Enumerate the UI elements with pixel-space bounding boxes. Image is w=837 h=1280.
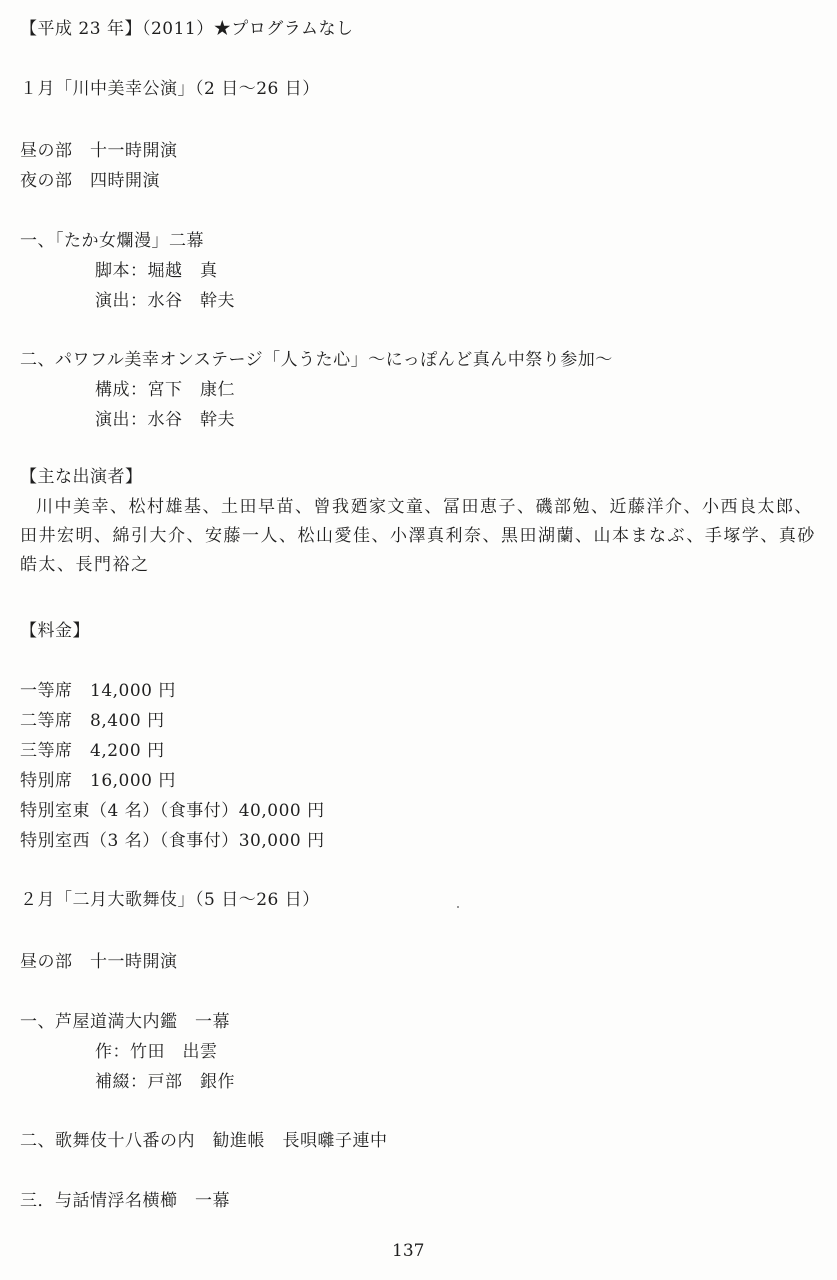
price-third-class: 三等席 4,200 円 xyxy=(20,740,165,762)
prices-heading: 【料金】 xyxy=(20,620,90,642)
january-heading: １月「川中美幸公演」（2 日～26 日） xyxy=(20,78,320,100)
january-schedule-night: 夜の部 四時開演 xyxy=(20,170,160,192)
february-program-3-title: 三．与話情浮名横櫛 一幕 xyxy=(20,1190,230,1212)
price-first-class: 一等席 14,000 円 xyxy=(20,680,176,702)
cast-list: 川中美幸、松村雄基、土田早苗、曾我廼家文童、冨田恵子、磯部勉、近藤洋介、小西良太… xyxy=(20,493,820,580)
february-program-1-adaptation: 補綴：戸部 銀作 xyxy=(95,1071,235,1093)
price-special-seat: 特別席 16,000 円 xyxy=(20,770,176,792)
january-program-1-script: 脚本：堀越 真 xyxy=(95,260,218,282)
price-second-class: 二等席 8,400 円 xyxy=(20,710,165,732)
price-special-room-west: 特別室西（3 名）（食事付）30,000 円 xyxy=(20,830,325,852)
february-program-1-title: 一、芦屋道満大内鑑 一幕 xyxy=(20,1011,230,1033)
february-heading: ２月「二月大歌舞伎」（5 日～26 日） xyxy=(20,889,320,911)
february-program-2-title: 二、歌舞伎十八番の内 勧進帳 長唄囃子連中 xyxy=(20,1130,388,1152)
january-schedule-day: 昼の部 十一時開演 xyxy=(20,140,178,162)
february-program-1-author: 作：竹田 出雲 xyxy=(95,1041,218,1063)
page-title: 【平成 23 年】（2011）★プログラムなし xyxy=(20,18,354,40)
price-special-room-east: 特別室東（4 名）（食事付）40,000 円 xyxy=(20,800,325,822)
january-program-2-composition: 構成：宮下 康仁 xyxy=(95,379,235,401)
page-number: 137 xyxy=(392,1240,424,1262)
cast-heading: 【主な出演者】 xyxy=(20,466,143,488)
february-schedule-day: 昼の部 十一時開演 xyxy=(20,951,178,973)
january-program-1-director: 演出：水谷 幹夫 xyxy=(95,290,235,312)
january-program-2-title: 二、パワフル美幸オンステージ「人うた心」～にっぽんど真ん中祭り参加～ xyxy=(20,349,613,371)
scan-speck xyxy=(457,906,459,908)
january-program-1-title: 一、「たか女爛漫」二幕 xyxy=(20,230,204,252)
january-program-2-director: 演出：水谷 幹夫 xyxy=(95,409,235,431)
